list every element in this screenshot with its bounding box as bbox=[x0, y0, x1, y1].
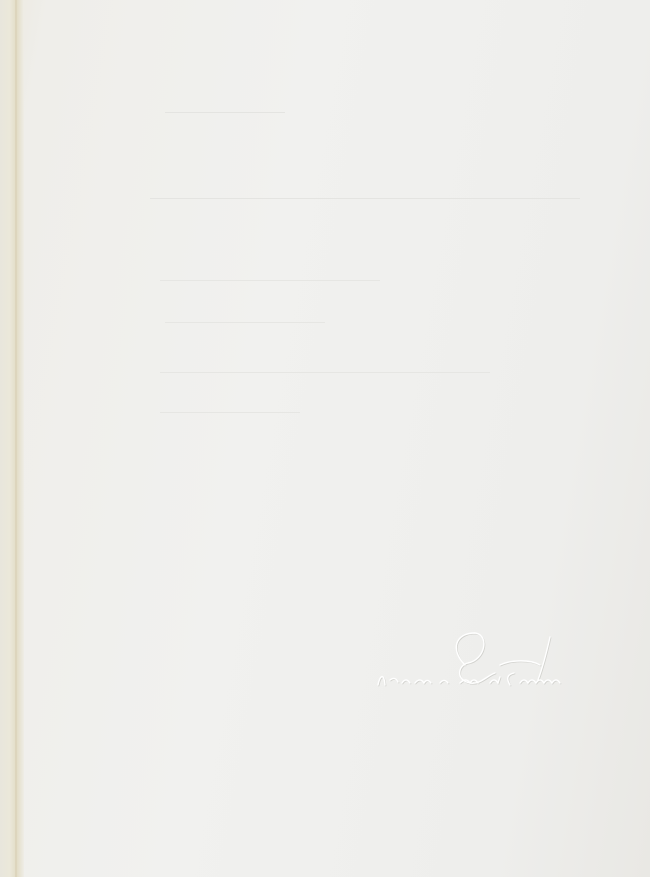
faint-text-line bbox=[165, 322, 325, 331]
faint-text-line bbox=[160, 372, 490, 381]
spine-crease bbox=[15, 0, 17, 877]
faint-text-line bbox=[165, 112, 285, 121]
faint-text-line bbox=[150, 198, 580, 207]
embossed-signature bbox=[370, 625, 600, 710]
book-spine bbox=[0, 0, 24, 877]
book-cover bbox=[0, 0, 650, 877]
faint-text-line bbox=[160, 412, 300, 421]
faint-text-line bbox=[160, 280, 380, 289]
